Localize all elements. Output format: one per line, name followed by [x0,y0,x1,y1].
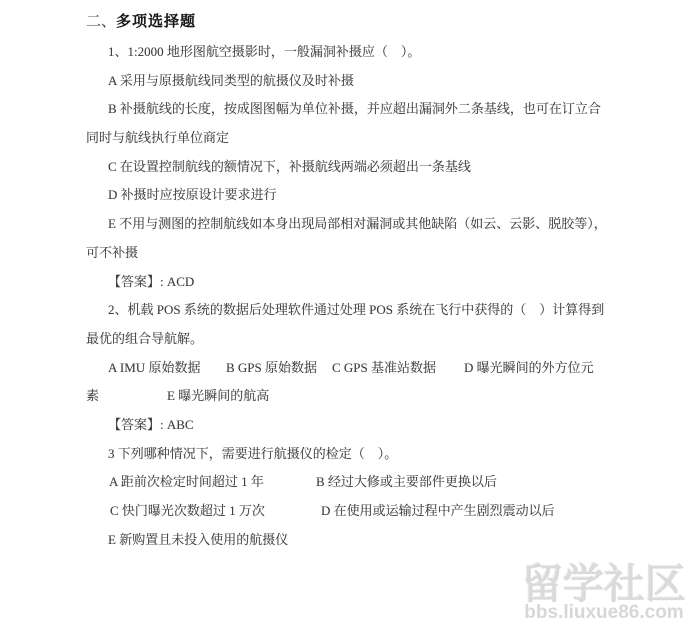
question-2-option-b: B GPS 原始数据 [226,354,317,383]
question-2-option-c: C GPS 基准站数据 [332,354,436,383]
watermark-logo-text: 留学社区 [520,562,688,606]
section-heading-title: 多项选择题 [116,14,196,30]
question-1-option-b-cont: 同时与航线执行单位商定 [86,124,658,153]
question-3-option-a: A 距前次检定时间超过 1 年 [109,468,264,497]
question-2-option-a: A IMU 原始数据 [108,354,200,383]
question-2-stem-cont: 最优的组合导航解。 [86,325,658,354]
question-1-option-e-cont: 可不补摄 [86,239,658,268]
watermark-site-url: bbs.liuxue86.com [520,603,688,622]
question-1-option-e: E 不用与测图的控制航线如本身出现局部相对漏洞或其他缺陷（如云、云影、脱胶等）， [86,210,658,239]
question-3-option-d: D 在使用或运输过程中产生剧烈震动以后 [321,497,555,526]
question-3-options-row-1: A 距前次检定时间超过 1 年B 经过大修或主要部件更换以后 [86,468,658,497]
question-3-option-c: C 快门曝光次数超过 1 万次 [110,497,265,526]
exam-content: 二、多项选择题 1、1:2000 地形图航空摄影时，一般漏洞补摄应（ ）。A 采… [86,7,658,554]
question-3-option-b: B 经过大修或主要部件更换以后 [316,468,497,497]
question-1-option-a: A 采用与原摄航线同类型的航摄仪及时补摄 [86,67,658,96]
section-heading-number: 二、 [86,14,116,30]
question-1-stem: 1、1:2000 地形图航空摄影时，一般漏洞补摄应（ ）。 [86,38,658,67]
question-2-option-e: E 曝光瞬间的航高 [167,382,269,411]
question-1-option-d: D 补摄时应按原设计要求进行 [86,181,658,210]
document-page: 二、多项选择题 1、1:2000 地形图航空摄影时，一般漏洞补摄应（ ）。A 采… [0,0,688,629]
question-3-option-e: E 新购置且未投入使用的航摄仪 [86,526,658,555]
section-heading: 二、多项选择题 [86,7,658,38]
question-1-answer: 【答案】: ACD [86,268,658,297]
question-2-option-d: D 曝光瞬间的外方位元 [464,354,594,383]
watermark: 留学社区 bbs.liuxue86.com [520,562,688,622]
question-2-stem: 2、机载 POS 系统的数据后处理软件通过处理 POS 系统在飞行中获得的（ ）… [86,296,658,325]
question-2-options-row-2: 素E 曝光瞬间的航高 [86,382,658,411]
question-1-option-c: C 在设置控制航线的额情况下，补摄航线两端必须超出一条基线 [86,153,658,182]
question-3-stem: 3 下列哪种情况下，需要进行航摄仪的检定（ ）。 [86,440,658,469]
question-2-options-row-1: A IMU 原始数据B GPS 原始数据C GPS 基准站数据D 曝光瞬间的外方… [86,354,658,383]
question-2-option-d-cont: 素 [86,382,99,411]
question-3-options-row-2: C 快门曝光次数超过 1 万次D 在使用或运输过程中产生剧烈震动以后 [86,497,658,526]
question-1-option-b: B 补摄航线的长度，按成图图幅为单位补摄，并应超出漏洞外二条基线，也可在订立合 [86,95,658,124]
question-2-answer: 【答案】: ABC [86,411,658,440]
